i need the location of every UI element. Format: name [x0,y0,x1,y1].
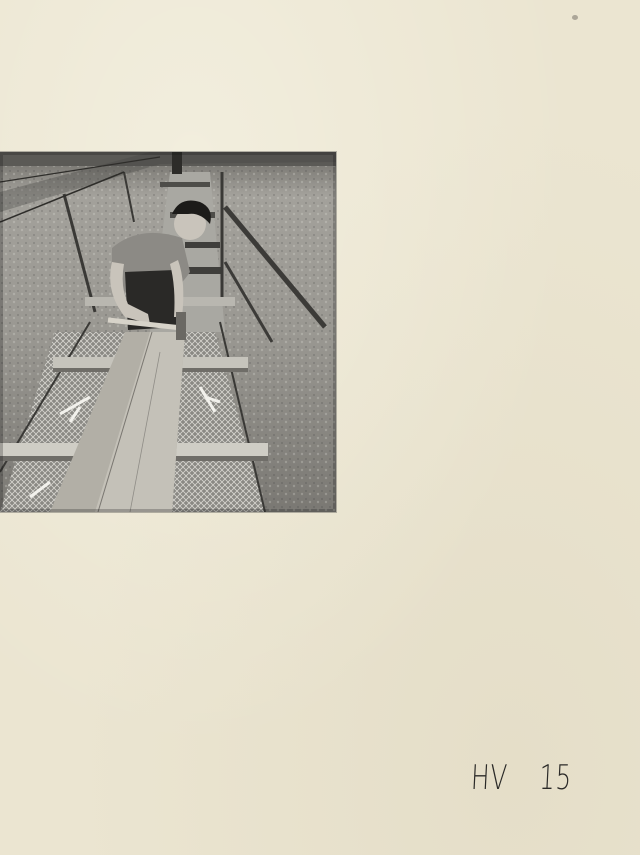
catalog-prefix: HV [470,758,509,798]
catalog-number: 15 [538,758,573,798]
handwritten-catalog-code: HV15 [470,758,573,798]
paper-speck [572,15,578,20]
photo-illustration [0,152,336,512]
photograph [0,152,336,512]
